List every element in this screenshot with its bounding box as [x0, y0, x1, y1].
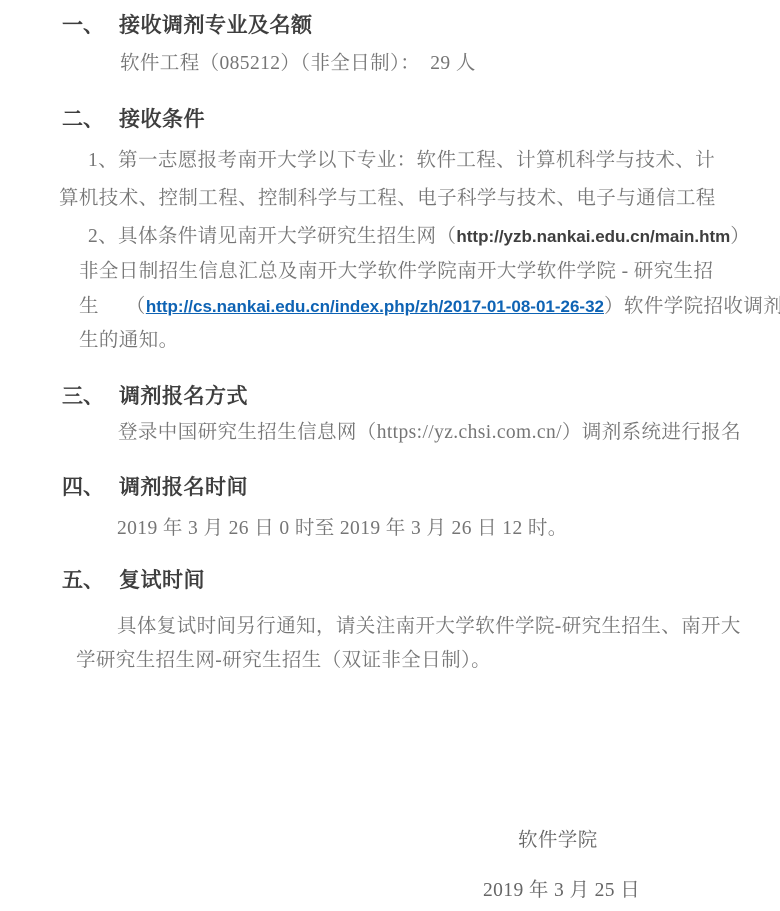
section-2-heading: 二、接收条件	[62, 108, 205, 131]
condition-item-2-line-1: 2、具体条件请见南开大学研究生招生网（http://yzb.nankai.edu…	[88, 226, 750, 248]
opening-paren: （	[126, 296, 146, 317]
section-3-heading: 三、调剂报名方式	[62, 385, 248, 408]
registration-method-line: 登录中国研究生招生信息网（https://yz.chsi.com.cn/）调剂系…	[118, 422, 741, 444]
section-4-title: 调剂报名时间	[119, 476, 248, 499]
interview-time-line-2: 学研究生招生网-研究生招生（双证非全日制）。	[76, 650, 491, 672]
section-1-number: 一、	[62, 14, 119, 37]
condition-item-2-line-4: 生的通知。	[79, 330, 179, 352]
section-4-number: 四、	[62, 476, 119, 499]
registration-time-line: 2019 年 3 月 26 日 0 时至 2019 年 3 月 26 日 12 …	[117, 518, 568, 540]
section-3-number: 三、	[62, 385, 119, 408]
signature-date: 2019 年 3 月 25 日	[483, 880, 640, 902]
line-3-leading-char: 生	[79, 296, 99, 317]
section-5-number: 五、	[62, 569, 119, 592]
condition-item-1-line-1: 1、第一志愿报考南开大学以下专业：软件工程、计算机科学与技术、计	[88, 150, 715, 172]
quota-line: 软件工程（085212）（非全日制）： 29 人	[120, 53, 476, 75]
notice-document-page: 一、接收调剂专业及名额 软件工程（085212）（非全日制）： 29 人 二、接…	[0, 0, 780, 911]
closing-paren: ）	[730, 226, 750, 247]
signature-organization: 软件学院	[518, 830, 598, 852]
condition-item-2-text: 2、具体条件请见南开大学研究生招生网（	[88, 226, 456, 247]
section-4-heading: 四、调剂报名时间	[62, 476, 248, 499]
section-5-title: 复试时间	[119, 569, 205, 592]
section-3-title: 调剂报名方式	[119, 385, 248, 408]
condition-item-2-line-2: 非全日制招生信息汇总及南开大学软件学院南开大学软件学院 - 研究生招	[79, 261, 713, 283]
yzb-nankai-url: http://yzb.nankai.edu.cn/main.htm	[456, 227, 730, 246]
section-2-title: 接收条件	[119, 108, 205, 131]
line-3-trailing-text: ）软件学院招收调剂	[604, 296, 780, 317]
section-1-heading: 一、接收调剂专业及名额	[62, 14, 313, 37]
section-5-heading: 五、复试时间	[62, 569, 205, 592]
section-2-number: 二、	[62, 108, 119, 131]
cs-nankai-hyperlink[interactable]: http://cs.nankai.edu.cn/index.php/zh/201…	[146, 297, 604, 316]
section-1-title: 接收调剂专业及名额	[119, 14, 313, 37]
interview-time-line-1: 具体复试时间另行通知，请关注南开大学软件学院-研究生招生、南开大	[117, 616, 741, 638]
condition-item-1-line-2: 算机技术、控制工程、控制科学与工程、电子科学与技术、电子与通信工程	[59, 188, 716, 210]
condition-item-2-line-3: 生（http://cs.nankai.edu.cn/index.php/zh/2…	[79, 296, 780, 318]
